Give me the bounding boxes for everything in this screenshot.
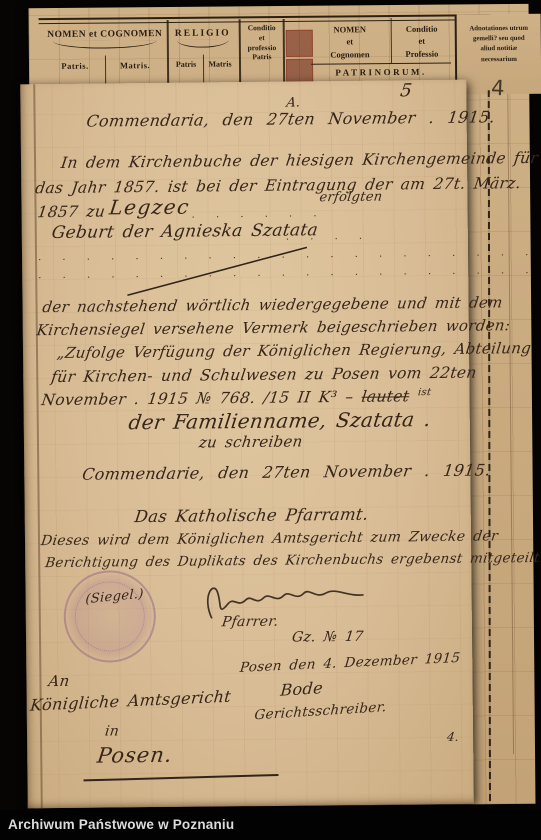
family-name-line: der Familienname, Szatata .	[127, 407, 432, 434]
header-conditio-professio: Conditio et Professio	[393, 23, 451, 60]
header-conditio-patris-l2: et	[241, 33, 283, 43]
posen-underline	[84, 774, 279, 781]
body-line-8: für Kirchen- und Schulwesen zu Posen vom…	[50, 364, 478, 386]
note-line-1: Dieses wird dem Königlichen Amtsgericht …	[40, 528, 499, 549]
body-line-3-post: erfolgten	[318, 190, 383, 206]
header-adnot-l4: necessarium	[457, 54, 541, 65]
entry-letter: A.	[285, 95, 301, 110]
header-nomen-l1: NOMEN	[311, 23, 389, 36]
header-religio-patris: Patris	[169, 50, 203, 69]
clerk-name: Bode	[280, 678, 324, 700]
birthplace-name: Legzec	[108, 195, 192, 220]
header-condprof-l2: et	[393, 35, 451, 48]
body-line-9: November . 1915 № 768. /15 II K³ – laute…	[40, 387, 432, 409]
header-conditio-patris-l1: Conditio	[241, 23, 283, 33]
header-matris: Matris.	[105, 50, 165, 71]
struck-word: lautet	[361, 387, 411, 406]
entry-number: 5	[399, 80, 413, 101]
strike-line	[117, 241, 318, 301]
inserted-word: ist	[417, 387, 432, 398]
addressee-court: Königliche Amtsgericht	[29, 687, 232, 715]
body-line-11: zu schreiben	[198, 432, 304, 451]
header-patrinorum: PATRINORUM.	[311, 67, 451, 78]
header-nomen-l3: Cognomen	[311, 48, 389, 61]
header-conditio-patris-l3: professio	[241, 42, 283, 52]
header-subdivider-2	[203, 55, 205, 85]
header-nomen-patrinorum: NOMEN et Cognomen	[311, 23, 389, 61]
header-adnot-l1: Adnotationes utrum	[457, 24, 541, 35]
brace-decoration	[53, 40, 157, 49]
body-line-9-main: November . 1915 № 768. /15 II K³ –	[40, 388, 354, 409]
header-adnot-l3: aliud notitiæ	[457, 44, 541, 55]
dateline-bottom: Commendarie, den 27ten November . 1915.	[81, 460, 492, 483]
addressee-an: An	[47, 672, 70, 690]
side-mark: 4.	[446, 730, 460, 744]
faint-crease	[507, 94, 514, 754]
note-line-2: Berichtigung des Duplikats des Kirchenbu…	[44, 550, 541, 571]
header-nomen-cognomen-label: NOMEN et COGNOMEN	[45, 29, 165, 40]
fill-dots: . . . . . .	[192, 208, 326, 220]
clerk-title: Gerichtsschreiber.	[254, 699, 387, 723]
header-mid-rule	[311, 63, 451, 65]
archival-scan: NOMEN et COGNOMEN Patris. Matris. RELIGI…	[0, 0, 541, 840]
archive-caption-bar: Archiwum Państwowe w Poznaniu	[0, 810, 541, 840]
archive-caption-text: Archiwum Państwowe w Poznaniu	[0, 817, 234, 832]
office-line: Das Katholische Pfarramt.	[134, 505, 370, 526]
posen-dateline: Posen den 4. Dezember 1915	[239, 650, 461, 676]
header-religio-label: RELIGIO	[169, 28, 237, 39]
body-line-3-pre: 1857 zu	[36, 202, 106, 221]
header-patris: Patris.	[45, 51, 105, 72]
body-line-6: Kirchensiegel versehene Vermerk beigesch…	[36, 316, 512, 339]
body-line-2: das Jahr 1857. ist bei der Eintragung de…	[34, 174, 522, 197]
body-line-4: Geburt der Agnieska Szatata	[50, 220, 319, 243]
pfarrer-title: Pfarrer.	[221, 614, 280, 631]
header-nomen-l2: et	[311, 35, 389, 48]
header-conditio-patris: Conditio et professio Patris	[241, 23, 283, 62]
header-condprof-l3: Professio	[393, 47, 451, 60]
letter-page: A. 5 Commendaria, den 27ten November . 1…	[20, 80, 474, 809]
header-adnot-l2: gemelli? seu quod	[457, 34, 541, 45]
header-subdivider-1	[105, 56, 107, 86]
gz-number: Gz. № 17	[291, 629, 364, 646]
church-seal-stamp	[57, 564, 162, 669]
body-line-5: der nachstehend wörtlich wiedergegebene …	[41, 293, 503, 316]
header-religio-matris: Matris	[203, 49, 237, 68]
pencil-page-number: 4	[491, 76, 505, 101]
header-conditio-patris-l4: Patris	[241, 52, 283, 62]
addressee-in: in	[104, 723, 120, 739]
body-line-7: „Zufolge Verfügung der Königlichen Regie…	[56, 339, 533, 362]
brace-decoration	[177, 39, 229, 47]
header-condprof-l1: Conditio	[393, 23, 451, 36]
red-fragment-top	[286, 30, 313, 57]
page-edge-crease	[488, 90, 491, 802]
addressee-posen: Posen.	[96, 743, 174, 768]
dateline-top: Commendaria, den 27ten November . 1915.	[85, 107, 496, 130]
